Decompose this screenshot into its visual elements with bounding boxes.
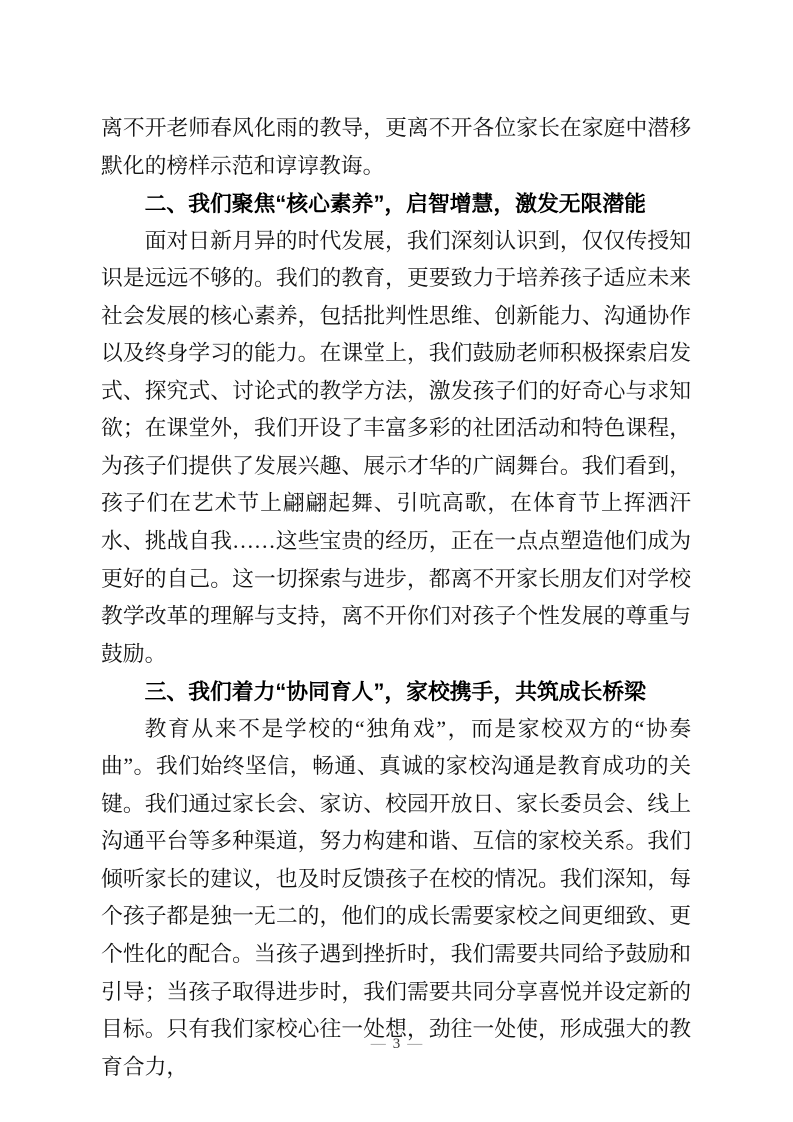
footer-dash-left: — <box>371 1036 386 1052</box>
paragraph-continuation: 离不开老师春风化雨的教导，更离不开各位家长在家庭中潜移默化的榜样示范和谆谆教诲。 <box>101 110 691 185</box>
section-heading-core-literacy: 二、我们聚焦“核心素养”，启智增慧，激发无限潜能 <box>101 185 691 223</box>
page-number: 3 <box>393 1036 401 1052</box>
document-body: 离不开老师春风化雨的教导，更离不开各位家长在家庭中潜移默化的榜样示范和谆谆教诲。… <box>101 110 691 1086</box>
section-heading-co-education: 三、我们着力“协同育人”，家校携手，共筑成长桥梁 <box>101 673 691 711</box>
document-page: 离不开老师春风化雨的教导，更离不开各位家长在家庭中潜移默化的榜样示范和谆谆教诲。… <box>0 0 793 1122</box>
page-footer: —3— <box>0 1034 793 1054</box>
footer-dash-right: — <box>407 1036 422 1052</box>
paragraph-core-literacy: 面对日新月异的时代发展，我们深刻认识到，仅仅传授知识是远远不够的。我们的教育，更… <box>101 223 691 674</box>
paragraph-co-education: 教育从来不是学校的“独角戏”，而是家校双方的“协奏曲”。我们始终坚信，畅通、真诚… <box>101 711 691 1086</box>
